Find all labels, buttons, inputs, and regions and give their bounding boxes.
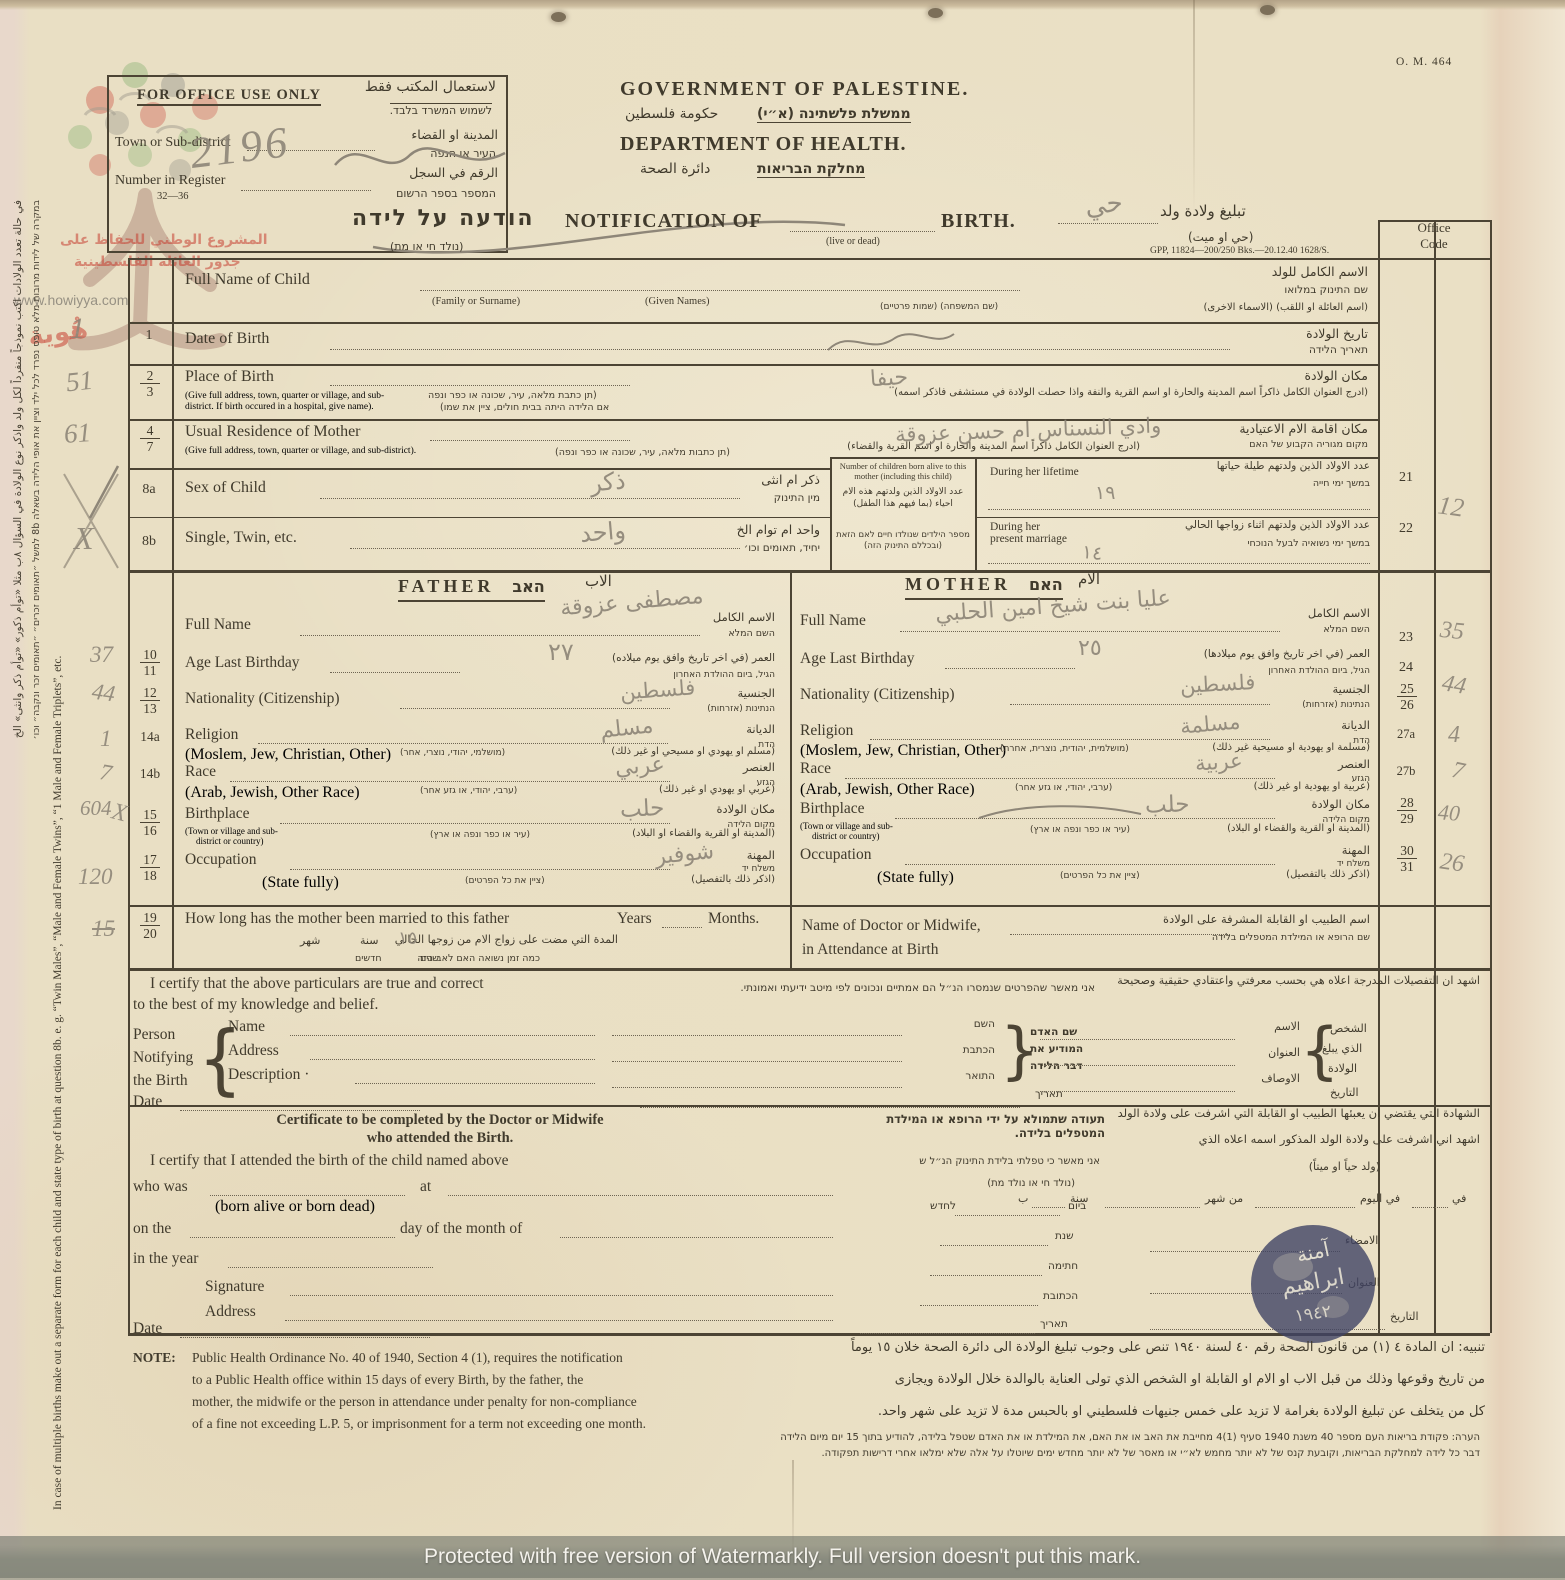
rule — [128, 322, 1378, 324]
father-birthplace-sub1-en: (Town or village and sub- — [185, 826, 278, 836]
row-number-19-20: 1920 — [135, 911, 165, 940]
children-count-ar2: (بما فيهم هذا الطفل) — [853, 499, 932, 509]
single-twin-label-ar: واحد ام توام الخ — [640, 522, 820, 537]
office-code-28-29: 2829 — [1392, 796, 1422, 825]
father-nationality-ar: الجنسية — [690, 686, 775, 700]
num-17: 17 — [143, 852, 157, 867]
mother-race-sub-he: (ערבי, יהודי, או גזע אחר) — [1015, 783, 1112, 793]
doctor-cert-dayof: day of the month of — [400, 1220, 522, 1238]
birth-place-field — [448, 1194, 833, 1196]
notifier-description-ar: الاوصاف — [1240, 1072, 1300, 1085]
mother-nationality-label: Nationality (Citizenship) — [800, 686, 955, 704]
doctor-cert-date-ar: التاريخ — [1390, 1310, 1419, 1323]
num-12: 12 — [143, 685, 157, 700]
scanned-birth-notification-document: المشروع الوطني للحفاظ على جذور العائلة ا… — [0, 0, 1565, 1580]
father-birthplace-label: Birthplace — [185, 805, 250, 823]
mother-occupation-sub-ar: (اذكر ذلك بالتفصيل) — [1195, 869, 1370, 880]
marriage-count-label-ar: عدد الاولاد الذين ولدتهم اثناء زواجها ال… — [1090, 519, 1370, 531]
mother-birthplace-sub1-en: (Town or village and sub- — [800, 821, 893, 831]
certify-text-he: אני מאשר שהפרטים שנמסרו הנ״ל הם אמתיים ו… — [620, 982, 1095, 994]
father-race-field — [230, 780, 670, 782]
rule — [128, 968, 1490, 971]
pob-sub1-he: (תן כתבת מלאה, עיר, שכונה או כפר ונפה — [428, 390, 597, 401]
year-field-ar — [1032, 1206, 1065, 1208]
child-fullname-sub-ar: (اسم العائلة او اللقب) (الاسماء الاخرى) — [1040, 302, 1368, 313]
dob-label-ar: تاريخ الولادة — [1168, 326, 1368, 341]
child-fullname-sub-he: (שם המשפחה) (שמות פרטיים) — [880, 302, 998, 312]
num-25: 25 — [1400, 681, 1414, 696]
notifier-label-ar2: الذي يبلغ — [1322, 1042, 1362, 1055]
dob-field — [330, 348, 1230, 350]
note-en-line2: to a Public Health office within 15 days… — [192, 1372, 583, 1388]
mother-heading-ar: الام — [1078, 570, 1100, 588]
mother-race-label: Race — [800, 760, 831, 778]
watermark-bottom-bar: Protected with free version of Watermark… — [0, 1536, 1565, 1578]
father-religion-he: הדת — [735, 740, 775, 750]
handwritten-margin-26: 26 — [1438, 848, 1466, 878]
notifier-date-field — [180, 1109, 420, 1111]
mother-religion-label: Religion — [800, 722, 853, 740]
doctor-cert-month-ar: من شهر — [1205, 1192, 1243, 1205]
doctor-cert-signature-he: חתימה — [1048, 1260, 1078, 1272]
num-19: 19 — [143, 910, 157, 925]
doctor-cert-title-he: תעודה שתמולא על ידי הרופא או המילדת המטפ… — [845, 1112, 1105, 1140]
notifier-description-field-ar — [1040, 1090, 1235, 1092]
mother-occupation-he: משלח יד — [1310, 859, 1370, 869]
row-number-8b: 8b — [132, 534, 166, 550]
father-religion-ar: الديانة — [720, 722, 775, 736]
child-fullname-sub2: (Given Names) — [645, 296, 709, 307]
child-fullname-label-he: שם התינוק במלואו — [1068, 284, 1368, 296]
punch-hole — [1260, 5, 1275, 15]
doctor-cert-title-en1: Certificate to be completed by the Docto… — [200, 1112, 680, 1129]
father-religion-sub-en: (Moslem, Jew, Christian, Other) — [185, 746, 391, 764]
father-occupation-sub-he: (ציין את כל הפרטים) — [465, 876, 545, 886]
notifier-address-ar: العنوان — [1240, 1046, 1300, 1059]
father-birthplace-ar: مكان الولادة — [675, 802, 775, 816]
handwritten-father-birthplace: حلب — [619, 795, 665, 823]
father-birthplace-he: מקום הלידה — [700, 820, 775, 830]
mother-age-label: Age Last Birthday — [800, 650, 915, 668]
doctor-cert-year-ar: سنة — [1070, 1192, 1088, 1205]
num-3: 3 — [147, 384, 154, 399]
office-use-title-he: לשמוש המשרד בלבד. — [390, 103, 492, 117]
signature-field — [290, 1294, 833, 1296]
notifier-name-ar: الاسم — [1240, 1020, 1300, 1033]
note-ar-line1: تنبيه: ان المادة ٤ (١) من قانون الصحة رق… — [795, 1340, 1485, 1355]
born-alive-field — [210, 1194, 405, 1196]
pencil-mark: 120 — [78, 864, 113, 890]
doctor-cert-onthe: on the — [133, 1220, 171, 1238]
row-number-14a: 14a — [130, 729, 170, 745]
department-title-he: מחלקת הבריאות — [757, 161, 865, 178]
father-heading: FATHER האב — [398, 576, 545, 602]
month-field-ar — [1105, 1206, 1200, 1208]
rule — [128, 258, 1490, 260]
signature-field-he — [930, 1274, 1042, 1276]
marriage-month-word-ar: شهر — [300, 934, 320, 947]
father-age-field — [330, 671, 460, 673]
mother-birthplace-ar: مكان الولادة — [1270, 797, 1370, 811]
num-26: 26 — [1400, 697, 1414, 712]
mother-fullname-label: Full Name — [800, 612, 866, 630]
notification-title-he: הודעה על לידה — [352, 206, 534, 231]
handwritten-margin-7: 7 — [1449, 757, 1466, 786]
handwritten-mother-nationality: فلسطين — [1179, 670, 1255, 698]
notifier-description-he: התואר — [935, 1070, 995, 1082]
father-fullname-he: השם המלא — [600, 628, 775, 639]
notifier-date-label: Date — [133, 1093, 162, 1111]
certify-text-en2: to the best of my knowledge and belief. — [133, 996, 378, 1014]
handwritten-mother-birthplace: حلب — [1145, 791, 1190, 819]
num-11: 11 — [144, 663, 157, 678]
date-field-he — [860, 1332, 1035, 1334]
doctor-cert-text-he1: אני מאשר כי טפלתי בלידת התינוק הנ״ל ש — [850, 1156, 1100, 1167]
office-code-21: 21 — [1378, 470, 1434, 486]
note-ar-line3: كل من يتخلف عن تبليغ الولادة بغرامة لا ت… — [795, 1404, 1485, 1419]
notifier-name-field — [290, 1034, 595, 1036]
punch-hole — [928, 8, 943, 18]
pencil-cross — [56, 466, 126, 576]
num-2: 2 — [147, 368, 154, 383]
doctor-cert-address-label: Address — [205, 1303, 256, 1321]
doctor-cert-month-he: לחדש — [930, 1200, 956, 1212]
pencil-mark: 44 — [90, 679, 116, 708]
handwritten-margin-44: 44 — [1440, 670, 1468, 701]
live-or-dead-hint: (live or dead) — [826, 236, 880, 247]
mother-birthplace-he: מקום הלידה — [1295, 815, 1370, 825]
rule — [128, 468, 830, 470]
children-count-he1: מספר הילדים שנולדו חיים לאם הזאת — [836, 530, 970, 540]
office-code-27a: 27a — [1378, 727, 1434, 742]
department-title-ar: دائرة الصحة — [640, 161, 710, 177]
pencil-mark: 15 — [92, 916, 115, 942]
children-count-label-ar: عدد الاولاد الذين ولدتهم هذه الام احياء … — [833, 486, 973, 510]
midwife-name-label-he: שם הרופא או המילדת המטפלים בלידה — [1130, 932, 1370, 943]
notification-title-en-a: NOTIFICATION OF — [565, 210, 762, 233]
rule — [830, 457, 832, 570]
marriage-count-label-en: During herpresent marriage — [990, 521, 1067, 545]
handwritten-father-religion: مسلم — [599, 713, 655, 743]
notifier-label-3: the Birth — [133, 1072, 188, 1090]
row-number-8a: 8a — [132, 482, 166, 498]
dob-label-he: תאריך הלידה — [1168, 344, 1368, 356]
notifier-address-he: הכתבת — [935, 1044, 995, 1056]
title-field-ar — [1058, 222, 1158, 224]
notifier-label-1: Person — [133, 1026, 175, 1044]
row-number-14b: 14b — [130, 766, 170, 782]
form-reference-number: O. M. 464 — [1396, 56, 1452, 68]
row-number-4-7: 47 — [135, 424, 165, 453]
address-field — [285, 1319, 833, 1321]
mother-race-field — [845, 777, 1275, 779]
office-code-30-31: 3031 — [1392, 844, 1422, 873]
certify-text-en1: I certify that the above particulars are… — [150, 975, 484, 993]
address-field-he — [920, 1304, 1038, 1306]
doctor-cert-text-en1: I certify that I attended the birth of t… — [150, 1152, 509, 1170]
notification-title-en-b: BIRTH. — [941, 210, 1016, 233]
office-code-27b: 27b — [1378, 764, 1434, 779]
mother-race-ar: العنصر — [1310, 757, 1370, 771]
note-en-line4: of a fine not exceeding L.P. 5, or impri… — [192, 1416, 646, 1432]
note-label: NOTE: — [133, 1350, 176, 1366]
lifetime-label-he: במשך ימי חייה — [1180, 478, 1370, 489]
rule — [790, 570, 792, 968]
notifier-date-field-mid — [640, 1106, 1020, 1108]
doctor-cert-in-ar: في — [1452, 1192, 1466, 1205]
marriage-years-label: Years — [617, 910, 652, 928]
row-number-17-18: 1718 — [135, 853, 165, 882]
num-15: 15 — [143, 807, 157, 822]
marriage-years-he: שנים — [420, 953, 439, 964]
father-race-sub-he: (ערבי, יהודי, או גזע אחר) — [420, 786, 517, 796]
office-code-24: 24 — [1378, 660, 1434, 676]
paper-crease — [1193, 0, 1195, 215]
notification-subtitle-ar: (حي او ميت) — [1188, 230, 1253, 244]
num-18: 18 — [143, 868, 157, 883]
rule — [128, 517, 830, 518]
mother-occupation-label: Occupation — [800, 846, 871, 864]
handwritten-mother-age: ٢٥ — [1078, 636, 1102, 661]
notifier-address-field — [310, 1058, 595, 1060]
row-number-1: 1 — [134, 328, 164, 344]
doctor-cert-signature-label: Signature — [205, 1278, 264, 1296]
marriage-duration-label-en: How long has the mother been married to … — [185, 910, 509, 928]
num-4: 4 — [147, 423, 154, 438]
num-16: 16 — [143, 823, 157, 838]
doctor-cert-born-he: (נולד חי או נולד מת) — [890, 1178, 1075, 1189]
handwritten-father-race: عربي — [614, 752, 666, 781]
doctor-cert-date-label: Date — [133, 1320, 162, 1338]
pob-field — [330, 384, 630, 386]
child-fullname-label-ar: الاسم الكامل للولد — [1068, 264, 1368, 279]
children-count-label-he: מספר הילדים שנולדו חיים לאם הזאת (ובכללם… — [833, 530, 973, 552]
father-occupation-sub-ar: (اذكر ذلك بالتفصيل) — [600, 874, 775, 885]
day-field-he — [955, 1214, 1060, 1216]
notifier-label-he1: שם האדם — [1030, 1026, 1077, 1038]
father-birthplace-sub-he: (עיר או כפר ונפה או ארץ) — [430, 830, 530, 840]
residence-sub-he: (תן כתבות מלאה, עיר, שכונה או כפר ונפה) — [555, 447, 730, 458]
government-title-ar: حكومة فلسطين — [625, 106, 718, 122]
notifier-label-he3: דבר הלידה — [1030, 1060, 1083, 1072]
mother-religion-he: הדת — [1330, 736, 1370, 746]
handwritten-father-occupation: شوفير — [654, 839, 715, 870]
handwritten-father-age: ٢٧ — [548, 638, 574, 666]
pob-sub-ar: (ادرج العنوان الكامل ذاكراً اسم المدينة … — [700, 386, 1368, 399]
paper-top-edge — [0, 0, 1565, 10]
rule — [128, 905, 1490, 907]
num-10: 10 — [143, 647, 157, 662]
father-nationality-label: Nationality (Citizenship) — [185, 690, 340, 708]
father-occupation-field — [290, 868, 670, 870]
day-field-ar — [1255, 1206, 1355, 1208]
pob-label-en: Place of Birth — [185, 368, 274, 386]
marriage-count-en1: During her — [990, 521, 1040, 533]
handwriting-stroke — [330, 125, 510, 195]
marriage-years-field — [662, 926, 702, 928]
birth-year-field — [228, 1266, 433, 1268]
rule — [830, 457, 1378, 459]
handwritten-margin-4: 4 — [1448, 722, 1460, 749]
father-occupation-sub-en: (State fully) — [262, 874, 339, 892]
notifier-label-ar1: الشخص — [1330, 1022, 1367, 1035]
notifier-label-2: Notifying — [133, 1049, 193, 1067]
row-number-15-16: 1516 — [135, 808, 165, 837]
note-he-line1: הערה: פקודת בריאות העם מספר 40 משנת 1940… — [640, 1432, 1480, 1443]
rule — [128, 364, 1378, 366]
dob-label-en: Date of Birth — [185, 330, 269, 348]
father-heading-ar: الاب — [585, 572, 612, 590]
pencil-mark: 1 — [70, 312, 85, 346]
mother-religion-sub-en: (Moslem, Jew, Christian, Other) — [800, 742, 1006, 760]
marriage-count-en2: present marriage — [990, 533, 1067, 545]
notifier-date-ar: التاريخ — [1330, 1086, 1359, 1099]
mother-nationality-ar: الجنسية — [1285, 682, 1370, 696]
lifetime-label-ar: عدد الاولاد الذين ولدتهم طيلة حياتها — [1120, 460, 1370, 472]
father-occupation-ar: المهنة — [720, 848, 775, 862]
margin-note-en: In case of multiple births make out a se… — [52, 180, 64, 1510]
doctor-cert-text-ar1: اشهد اني اشرفت على ولادة الولد المذكور ا… — [1105, 1132, 1480, 1146]
notifier-name-field-ar — [1040, 1038, 1235, 1040]
father-occupation-label: Occupation — [185, 851, 256, 869]
marriage-count-field — [988, 562, 1370, 564]
notifier-address-field-mid — [612, 1060, 902, 1062]
year-field-he — [940, 1244, 1048, 1246]
row-number-12-13: 1213 — [135, 686, 165, 715]
marriage-months-label: Months. — [708, 910, 759, 928]
pob-sub2-en: district. If birth occured in a hospital… — [185, 402, 374, 412]
single-twin-label-he: יחיד, תאומים וכו׳ — [640, 542, 820, 554]
doctor-cert-at: at — [420, 1178, 431, 1196]
father-race-sub-en: (Arab, Jewish, Other Race) — [185, 784, 360, 802]
doctor-cert-whowas: who was — [133, 1178, 188, 1196]
notifier-description-field-mid — [612, 1086, 902, 1088]
mother-birthplace-label: Birthplace — [800, 800, 865, 818]
mother-birthplace-sub-he: (עיר או כפר ונפה או ארץ) — [1030, 825, 1130, 835]
handwritten-marriage-years: ١٥ — [398, 928, 417, 949]
pencil-mark: 37 — [90, 642, 113, 668]
notifier-name-he: השם — [935, 1018, 995, 1030]
lifetime-label-en: During her lifetime — [990, 466, 1079, 478]
sex-label-en: Sex of Child — [185, 479, 266, 497]
handwritten-margin-12: 12 — [1436, 490, 1466, 523]
child-fullname-field — [420, 289, 1020, 291]
midwife-name-label-ar: اسم الطبيب او القابلة المشرفة على الولاد… — [1090, 912, 1370, 926]
notifier-description-label: Description · — [228, 1066, 309, 1084]
watermark-text-line2: جذور العائلة الفلسطينية — [74, 254, 241, 270]
print-reference: GPP, 11824—200/250 Bks.—20.12.40 1628/S. — [1150, 246, 1329, 256]
handwritten-father-nationality: فلسطين — [619, 675, 696, 704]
notifier-address-label: Address — [228, 1042, 279, 1060]
marriage-year-word-ar: سنة — [360, 934, 378, 947]
mother-birthplace-sub2-en: district or country) — [812, 831, 879, 841]
mother-age-field — [945, 667, 1075, 669]
num-28: 28 — [1400, 795, 1414, 810]
children-count-label-en: Number of children born alive to this mo… — [833, 461, 973, 481]
office-code-23: 23 — [1378, 630, 1434, 646]
doctor-cert-day-ar: في اليوم — [1360, 1192, 1400, 1205]
row-number-2-3: 23 — [135, 369, 165, 398]
register-number-range: 32—36 — [157, 191, 189, 202]
father-race-label: Race — [185, 763, 216, 781]
mother-fullname-he: השם המלא — [1200, 624, 1370, 635]
round-ink-stamp: آمنة ابراهيم ١٩٤٢ — [1248, 1222, 1378, 1346]
in-field-ar — [1412, 1206, 1448, 1208]
pob-label-ar: مكان الولادة — [1168, 368, 1368, 383]
born-alive-hint: (born alive or born dead) — [215, 1198, 375, 1216]
marriage-duration-label-ar: المدة التي مضت على زواج الام من زوجها ال… — [300, 933, 618, 946]
office-use-title-ar: لاستعمال المكتب فقط — [365, 79, 496, 95]
father-birthplace-field — [280, 822, 670, 824]
rule — [1434, 220, 1436, 1333]
doctor-cert-title-en2: who attended the Birth. — [200, 1130, 680, 1147]
margin-note-ar: في حالة تعدد الولادات اكتب نموذجاً منفرد… — [12, 200, 24, 1500]
date-field — [180, 1336, 430, 1338]
num-7: 7 — [147, 439, 154, 454]
pencil-mark: X — [109, 799, 130, 829]
father-age-ar: العمر (في اخر تاريخ وافق يوم ميلاده) — [465, 652, 775, 664]
father-birthplace-sub2-en: district or country) — [196, 836, 263, 846]
father-race-ar: العنصر — [715, 760, 775, 774]
notifier-label-he2: המודיע את — [1030, 1043, 1083, 1055]
lifetime-field — [988, 508, 1370, 510]
child-fullname-label-en: Full Name of Child — [185, 271, 310, 289]
num-13: 13 — [143, 701, 157, 716]
residence-label-en: Usual Residence of Mother — [185, 423, 361, 441]
sex-label-ar: ذكر ام انثى — [640, 472, 820, 487]
notification-subtitle-he: (נולד חי או מת) — [390, 240, 463, 253]
doctor-cert-date-he: תאריך — [1040, 1318, 1068, 1330]
pencil-mark: 51 — [64, 365, 94, 399]
father-heading-he: האב — [512, 577, 544, 596]
doctor-cert-year-he: שנת — [1055, 1230, 1074, 1242]
father-fullname-label: Full Name — [185, 616, 251, 634]
midwife-name-label-en1: Name of Doctor or Midwife, — [802, 917, 981, 935]
handwriting-stroke — [975, 800, 1145, 826]
government-title-en: GOVERNMENT OF PALESTINE. — [620, 78, 969, 101]
pencil-mark: 61 — [63, 417, 92, 450]
mother-religion-field — [870, 738, 1270, 740]
note-he-line2: דבר כל לידה למחלקת הבריאות, וקובעת קנס ש… — [640, 1448, 1480, 1459]
notifier-label-ar3: الولادة — [1328, 1062, 1357, 1075]
rule — [975, 457, 977, 570]
pencil-mark: 1 — [100, 726, 112, 752]
handwritten-mother-race: عربية — [1194, 748, 1243, 775]
num-29: 29 — [1400, 811, 1414, 826]
birth-month-field — [560, 1236, 833, 1238]
mother-occupation-sub-en: (State fully) — [877, 869, 954, 887]
mother-occupation-field — [905, 863, 1275, 865]
office-use-title-en: FOR OFFICE USE ONLY — [137, 87, 321, 106]
mother-heading-en: MOTHER — [905, 574, 1011, 594]
marriage-months-he: חדשים — [355, 953, 382, 964]
pencil-mark: 604 — [80, 796, 112, 821]
pencil-mark: 7 — [98, 759, 114, 787]
mother-race-sub-en: (Arab, Jewish, Other Race) — [800, 781, 975, 799]
rule — [975, 517, 1378, 518]
rule — [128, 570, 1490, 573]
note-en-line1: Public Health Ordinance No. 40 of 1940, … — [192, 1350, 623, 1366]
mother-religion-ar: الديانة — [1315, 718, 1370, 732]
mother-nationality-he: הנתינות (אזרחות) — [1225, 700, 1370, 710]
punch-hole — [551, 12, 566, 22]
single-twin-label-en: Single, Twin, etc. — [185, 529, 297, 547]
live-or-dead-field — [790, 230, 935, 232]
father-race-he: הגזע — [735, 778, 775, 788]
father-occupation-he: משלח יד — [715, 864, 775, 874]
handwritten-margin-35: 35 — [1439, 617, 1466, 646]
handwritten-mother-religion: مسلمة — [1179, 709, 1241, 738]
